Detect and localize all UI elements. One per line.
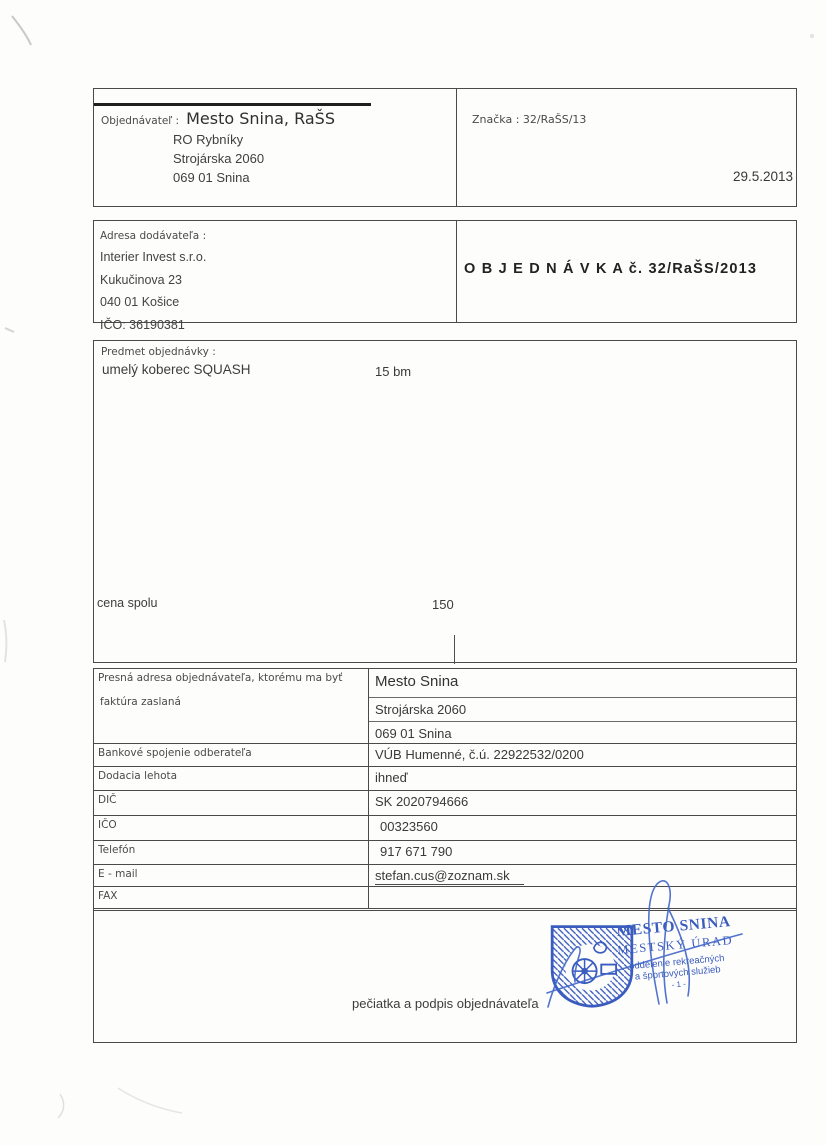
table-row-ico: IČO 00323560 xyxy=(94,816,796,841)
details-table: Presná adresa objednávateľa, ktorému ma … xyxy=(93,668,797,910)
reference-label: Značka : 32/RaŠS/13 xyxy=(472,113,586,126)
invoice-street: Strojárska 2060 xyxy=(375,702,466,717)
row-label: E - mail xyxy=(98,868,138,880)
customer-name: Mesto Snina, RaŠS xyxy=(186,109,335,128)
column-divider xyxy=(368,744,369,766)
customer-address-line: 069 01 Snina xyxy=(173,168,432,187)
stamp-caption: pečiatka a podpis objednávateľa xyxy=(352,996,539,1011)
customer-label: Objednávateľ : xyxy=(101,115,179,127)
row-label: IČO xyxy=(98,819,117,831)
customer-address-line: Strojárska 2060 xyxy=(173,149,432,168)
supplier-line: Kukučinova 23 xyxy=(100,269,432,292)
column-divider xyxy=(368,865,369,886)
column-tick xyxy=(454,635,455,664)
customer-cell: Objednávateľ : Mesto Snina, RaŠS RO Rybn… xyxy=(101,109,432,187)
table-row-dic: DIČ SK 2020794666 xyxy=(94,791,796,816)
row-value: VÚB Humenné, č.ú. 22922532/0200 xyxy=(375,747,584,762)
row-label-line2: faktúra zaslaná xyxy=(100,696,181,708)
total-value: 150 xyxy=(432,597,454,612)
row-value: ihneď xyxy=(375,770,408,785)
supplier-line: IČO: 36190381 xyxy=(100,314,432,337)
email-value: stefan.cus@zoznam.sk xyxy=(375,868,524,885)
row-value: SK 2020794666 xyxy=(375,794,468,809)
row-value: 00323560 xyxy=(380,819,438,834)
table-row-email: E - mail stefan.cus@zoznam.sk xyxy=(94,865,796,887)
customer-box: Objednávateľ : Mesto Snina, RaŠS RO Rybn… xyxy=(93,88,797,207)
supplier-line: 040 01 Košice xyxy=(100,291,432,314)
row-value: 917 671 790 xyxy=(380,844,452,859)
supplier-box: Adresa dodávateľa : Interier Invest s.r.… xyxy=(93,220,797,323)
column-divider xyxy=(368,767,369,790)
table-row-bank: Bankové spojenie odberateľa VÚB Humenné,… xyxy=(94,744,796,767)
supplier-label: Adresa dodávateľa : xyxy=(100,226,432,246)
reference-cell: Značka : 32/RaŠS/13 29.5.2013 xyxy=(464,89,796,206)
row-label: Dodacia lehota xyxy=(98,770,177,782)
table-row-invoice-address: Presná adresa objednávateľa, ktorému ma … xyxy=(94,669,796,744)
row-label: Presná adresa objednávateľa, ktorému ma … xyxy=(98,672,342,684)
invoice-address-line: Mesto Snina xyxy=(369,669,796,698)
supplier-cell: Adresa dodávateľa : Interier Invest s.r.… xyxy=(100,226,432,336)
order-title-cell: O B J E D N Á V K A č. 32/RaŠS/2013 xyxy=(456,221,796,322)
row-label: Bankové spojenie odberateľa xyxy=(98,747,252,759)
customer-address-line: RO Rybníky xyxy=(173,130,432,149)
table-row-phone: Telefón 917 671 790 xyxy=(94,841,796,865)
invoice-zip: 069 01 Snina xyxy=(375,726,452,741)
row-label: Telefón xyxy=(98,844,135,856)
header-rule xyxy=(94,103,371,106)
subject-box: Predmet objednávky : umelý koberec SQUAS… xyxy=(93,340,797,663)
table-row-fax: FAX xyxy=(94,887,796,909)
order-title: O B J E D N Á V K A č. 32/RaŠS/2013 xyxy=(464,261,757,277)
subject-item: umelý koberec SQUASH xyxy=(102,362,251,377)
customer-address: RO Rybníky Strojárska 2060 069 01 Snina xyxy=(173,130,432,187)
total-label: cena spolu xyxy=(97,596,157,610)
order-date: 29.5.2013 xyxy=(733,169,793,184)
subject-quantity: 15 bm xyxy=(375,364,411,379)
column-divider xyxy=(456,89,457,206)
invoice-city: Mesto Snina xyxy=(375,673,458,690)
supplier-line: Interier Invest s.r.o. xyxy=(100,246,432,269)
stamp: MESTO SNINA MESTSKÝ ÚRAD oddelenie rekre… xyxy=(589,911,763,996)
row-label: FAX xyxy=(98,890,117,902)
column-divider xyxy=(368,887,369,908)
subject-label: Predmet objednávky : xyxy=(101,346,216,358)
scanned-order-document: Objednávateľ : Mesto Snina, RaŠS RO Rybn… xyxy=(0,0,826,1145)
table-row-delivery: Dodacia lehota ihneď xyxy=(94,767,796,791)
invoice-address-line: Strojárska 2060 xyxy=(369,698,796,722)
row-label: DIČ xyxy=(98,794,117,806)
invoice-address-line: 069 01 Snina xyxy=(369,722,796,744)
column-divider xyxy=(368,816,369,840)
column-divider xyxy=(368,841,369,864)
column-divider xyxy=(368,791,369,815)
